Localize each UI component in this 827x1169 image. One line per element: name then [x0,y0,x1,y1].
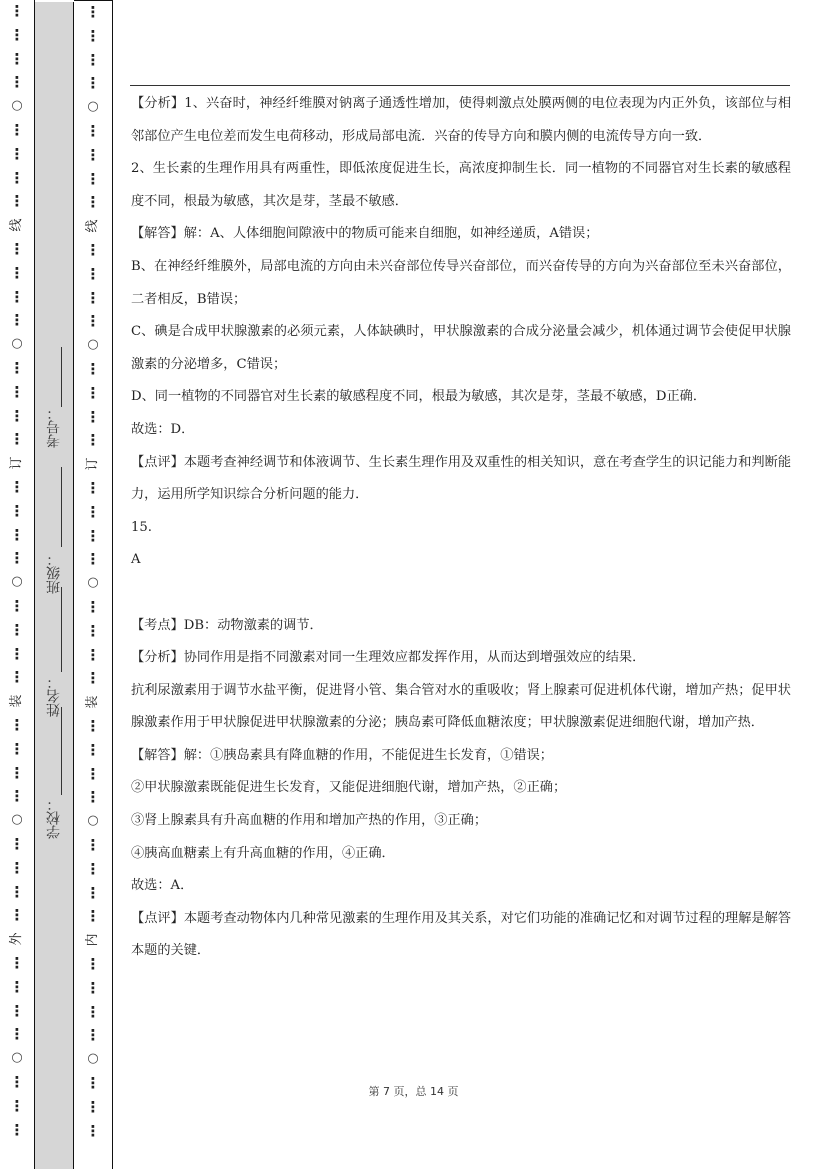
seal-label: 内 [86,921,100,959]
dotted-separator: ⋮ [74,29,112,43]
class-label: 班级： [46,552,62,594]
seal-circle-icon: ○ [0,575,34,589]
section-tag: 【考点】 [131,618,184,633]
dotted-separator: ⋮ [74,362,112,376]
paragraph-text: B、在神经纤维膜外，局部电流的方向由未兴奋部位传导兴奋部位，而兴奋传导的方向为兴… [131,259,791,307]
dotted-separator: ⋮ [74,767,112,781]
dotted-separator: ⋮ [0,385,34,399]
paragraph: 【考点】DB：动物激素的调节． [131,610,791,643]
paragraph: 【分析】1、兴奋时，神经纤维膜对钠离子通透性增加，使得刺激点处膜两侧的电位表现为… [131,88,791,153]
dotted-separator: ⋮ [74,1100,112,1114]
paragraph: 故选：A． [131,870,791,903]
paragraph-text: 本题考查神经调节和体液调节、生长素生理作用及双重性的相关知识，意在考查学生的识记… [131,455,791,503]
dotted-separator: ⋮ [74,172,112,186]
paragraph-text: D、同一植物的不同器官对生长素的敏感程度不同，根最为敏感，其次是芽，茎最不敏感，… [131,389,706,404]
seal-circle-icon: ○ [0,813,34,827]
dotted-separator: ⋮ [0,123,34,137]
total-page-count: 14 [430,1085,444,1098]
paragraph: ④胰高血糖素上有升高血糖的作用，④正确． [131,838,791,871]
seal-circle-icon: ○ [74,100,112,114]
name-label: 姓名： [46,675,62,717]
paragraph: 【解答】解：①胰岛素具有降血糖的作用，不能促进生长发育，①错误； [131,740,791,773]
dotted-separator: ⋮ [74,624,112,638]
dotted-separator: ⋮ [74,410,112,424]
dotted-separator: ⋮ [74,76,112,90]
exam-number-field: 考号： [35,342,73,448]
binding-margin-outer: ⋮⋮⋮⋮○⋮⋮⋮⋮线⋮⋮⋮⋮○⋮⋮⋮⋮订⋮⋮⋮⋮○⋮⋮⋮⋮装⋮⋮⋮⋮○⋮⋮⋮⋮外… [0,0,35,1169]
paragraph: ③肾上腺素具有升高血糖的作用和增加产热的作用，③正确； [131,805,791,838]
paragraph: C、碘是合成甲状腺激素的必须元素，人体缺碘时，甲状腺激素的合成分泌量会减少，机体… [131,316,791,381]
footer-middle: 页，总 [394,1085,427,1098]
dotted-separator: ⋮ [0,1099,34,1113]
dotted-separator: ⋮ [74,790,112,804]
dotted-separator: ⋮ [74,529,112,543]
name-field: 姓名： [35,675,73,717]
dotted-separator: ⋮ [0,409,34,423]
paragraph-text: ④胰高血糖素上有升高血糖的作用，④正确． [131,846,395,861]
paragraph-text: 1、兴奋时，神经纤维膜对钠离子通透性增加，使得刺激点处膜两侧的电位表现为内正外负… [131,96,791,144]
dotted-separator: ⋮ [74,743,112,757]
dotted-separator: ⋮ [74,124,112,138]
dotted-separator: ⋮ [74,148,112,162]
paragraph-spacer [131,577,791,610]
dotted-separator: ⋮ [0,956,34,970]
dotted-separator: ⋮ [74,5,112,19]
dotted-separator: ⋮ [0,290,34,304]
dotted-separator: ⋮ [0,647,34,661]
dotted-separator: ⋮ [74,1124,112,1138]
dotted-separator: ⋮ [0,623,34,637]
answer-analysis-body: 【分析】1、兴奋时，神经纤维膜对钠离子通透性增加，使得刺激点处膜两侧的电位表现为… [131,88,791,968]
paragraph-text: 协同作用是指不同激素对同一生理效应都发挥作用，从而达到增强效应的结果． [184,650,646,665]
seal-label: 线 [10,208,24,242]
section-tag: 【点评】 [131,911,184,926]
dotted-separator: ⋮ [0,147,34,161]
dotted-separator: ⋮ [74,481,112,495]
dotted-separator: ⋮ [74,314,112,328]
seal-circle-icon: ○ [74,814,112,828]
dotted-separator: ⋮ [0,861,34,875]
dotted-separator: ⋮ [0,789,34,803]
paragraph-text: 抗利尿激素用于调节水盐平衡，促进肾小管、集合管对水的重吸收；肾上腺素可促进机体代… [131,683,791,731]
section-tag: 【点评】 [131,455,184,470]
dotted-separator: ⋮ [0,52,34,66]
dotted-separator: ⋮ [74,1028,112,1042]
paragraph-text: A [131,552,141,567]
seal-label: 外 [10,922,24,956]
dotted-separator: ⋮ [74,267,112,281]
paragraph-text: 故选：A． [131,878,193,893]
dotted-separator: ⋮ [0,4,34,18]
section-tag: 【分析】 [131,96,184,111]
seal-circle-icon: ○ [0,99,34,113]
dotted-separator: ⋮ [74,386,112,400]
dotted-separator: ⋮ [0,670,34,684]
dotted-separator: ⋮ [0,551,34,565]
dotted-separator: ⋮ [74,981,112,995]
dotted-separator: ⋮ [0,766,34,780]
binding-margin-inner: ⋮⋮⋮⋮○⋮⋮⋮⋮线⋮⋮⋮⋮○⋮⋮⋮⋮订⋮⋮⋮⋮○⋮⋮⋮⋮装⋮⋮⋮⋮○⋮⋮⋮⋮内… [74,0,113,1169]
dotted-separator: ⋮ [74,53,112,67]
dotted-separator: ⋮ [74,648,112,662]
dotted-separator: ⋮ [74,243,112,257]
seal-circle-icon: ○ [74,338,112,352]
paragraph-text: ②甲状腺激素既能促进生长发育，又能促进细胞代谢，增加产热，②正确； [131,780,566,795]
school-label: 学校： [46,797,62,839]
seal-label: 装 [10,684,24,718]
dotted-separator: ⋮ [0,194,34,208]
paragraph: 故选：D． [131,414,791,447]
class-blank [61,467,62,547]
dotted-separator: ⋮ [0,1027,34,1041]
dotted-separator: ⋮ [0,313,34,327]
dotted-separator: ⋮ [0,1123,34,1137]
seal-label: 订 [86,445,100,483]
paragraph: ②甲状腺激素既能促进生长发育，又能促进细胞代谢，增加产热，②正确； [131,772,791,805]
paragraph: B、在神经纤维膜外，局部电流的方向由未兴奋部位传导兴奋部位，而兴奋传导的方向为兴… [131,251,791,316]
paragraph: 【解答】解：A、人体细胞间隙液中的物质可能来自细胞，如神经递质，A错误； [131,218,791,251]
seal-circle-icon: ○ [0,1051,34,1065]
dotted-separator: ⋮ [74,600,112,614]
paragraph: 抗利尿激素用于调节水盐平衡，促进肾小管、集合管对水的重吸收；肾上腺素可促进机体代… [131,675,791,740]
school-blank [61,707,62,795]
page-footer: 第 7 页，总 14 页 [0,1083,827,1099]
dotted-separator: ⋮ [74,291,112,305]
dotted-separator: ⋮ [0,28,34,42]
dotted-separator: ⋮ [0,171,34,185]
dotted-separator: ⋮ [0,718,34,732]
section-tag: 【分析】 [131,650,184,665]
dotted-separator: ⋮ [0,742,34,756]
footer-suffix: 页 [448,1085,459,1098]
dotted-separator: ⋮ [0,837,34,851]
dotted-separator: ⋮ [0,885,34,899]
dotted-separator: ⋮ [0,75,34,89]
paragraph-text: 2、生长素的生理作用具有两重性，即低浓度促进生长，高浓度抑制生长．同一植物的不同… [131,161,791,209]
dotted-separator: ⋮ [0,432,34,446]
dotted-separator: ⋮ [74,838,112,852]
name-blank [61,587,62,672]
paragraph-text: 解：①胰岛素具有降血糖的作用，不能促进生长发育，①错误； [184,748,553,763]
paragraph-text: 解：A、人体细胞间隙液中的物质可能来自细胞，如神经递质，A错误； [184,226,599,241]
dotted-separator: ⋮ [0,980,34,994]
paragraph-text: 故选：D． [131,422,194,437]
inner-seal-marks: ⋮⋮⋮⋮○⋮⋮⋮⋮线⋮⋮⋮⋮○⋮⋮⋮⋮订⋮⋮⋮⋮○⋮⋮⋮⋮装⋮⋮⋮⋮○⋮⋮⋮⋮内… [74,1,112,1169]
paragraph-text: C、碘是合成甲状腺激素的必须元素，人体缺碘时，甲状腺激素的合成分泌量会减少，机体… [131,324,791,372]
dotted-separator: ⋮ [74,862,112,876]
section-tag: 【解答】 [131,748,184,763]
class-field: 班级： [35,552,73,594]
paragraph: A [131,544,791,577]
dotted-separator: ⋮ [74,1005,112,1019]
paragraph: 【分析】协同作用是指不同激素对同一生理效应都发挥作用，从而达到增强效应的结果． [131,642,791,675]
paragraph: 【点评】本题考查动物体内几种常见激素的生理作用及其关系，对它们功能的准确记忆和对… [131,903,791,968]
dotted-separator: ⋮ [0,266,34,280]
seal-circle-icon: ○ [74,576,112,590]
dotted-separator: ⋮ [0,361,34,375]
footer-prefix: 第 [369,1085,380,1098]
seal-label: 线 [86,207,100,245]
seal-label: 装 [86,683,100,721]
dotted-separator: ⋮ [0,242,34,256]
school-field: 学校： [35,797,73,839]
dotted-separator: ⋮ [74,957,112,971]
paragraph: D、同一植物的不同器官对生长素的敏感程度不同，根最为敏感，其次是芽，茎最不敏感，… [131,381,791,414]
paragraph: 2、生长素的生理作用具有两重性，即低浓度促进生长，高浓度抑制生长．同一植物的不同… [131,153,791,218]
dotted-separator: ⋮ [74,505,112,519]
outer-seal-marks: ⋮⋮⋮⋮○⋮⋮⋮⋮线⋮⋮⋮⋮○⋮⋮⋮⋮订⋮⋮⋮⋮○⋮⋮⋮⋮装⋮⋮⋮⋮○⋮⋮⋮⋮外… [0,0,34,1169]
dotted-separator: ⋮ [74,719,112,733]
exam-number-label: 考号： [46,406,62,448]
dotted-separator: ⋮ [74,552,112,566]
dotted-separator: ⋮ [0,504,34,518]
dotted-separator: ⋮ [0,480,34,494]
header-rule [130,85,790,86]
seal-circle-icon: ○ [0,337,34,351]
dotted-separator: ⋮ [0,908,34,922]
paragraph: 15. [131,512,791,545]
seal-circle-icon: ○ [74,1052,112,1066]
seal-label: 订 [10,446,24,480]
paragraph-text: DB：动物激素的调节． [184,618,323,633]
section-tag: 【解答】 [131,226,184,241]
student-info-band: 考号： 班级： 姓名： 学校： [35,2,74,1169]
dotted-separator: ⋮ [0,599,34,613]
paragraph-text: ③肾上腺素具有升高血糖的作用和增加产热的作用，③正确； [131,813,487,828]
paragraph-text: 本题考查动物体内几种常见激素的生理作用及其关系，对它们功能的准确记忆和对调节过程… [131,911,791,959]
paragraph: 【点评】本题考查神经调节和体液调节、生长素生理作用及双重性的相关知识，意在考查学… [131,447,791,512]
dotted-separator: ⋮ [0,1004,34,1018]
current-page-number: 7 [383,1085,390,1098]
dotted-separator: ⋮ [74,886,112,900]
paragraph-text: 15. [131,520,152,535]
exam-number-blank [61,347,62,407]
dotted-separator: ⋮ [0,528,34,542]
